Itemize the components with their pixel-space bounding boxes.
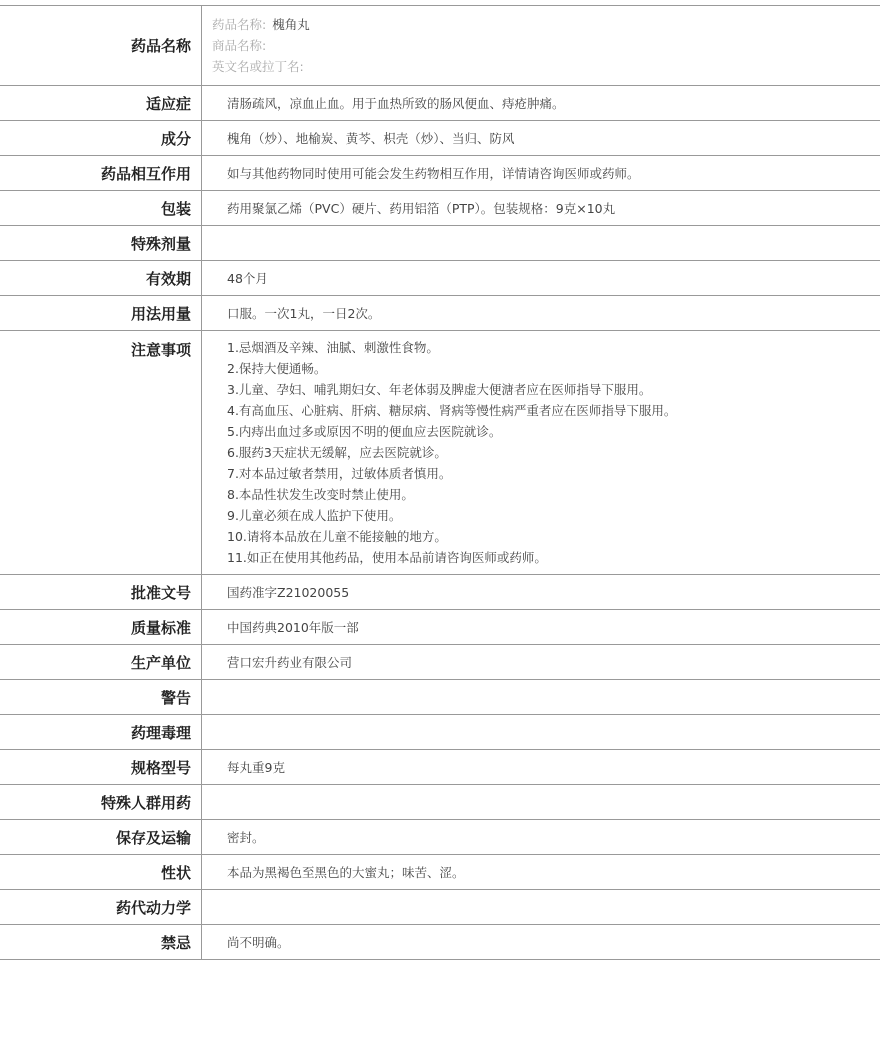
row-label: 用法用量	[0, 296, 202, 331]
row-value	[202, 785, 880, 820]
row-value: 槐角（炒）、地榆炭、黄芩、枳壳（炒）、当归、防风	[202, 121, 880, 156]
row-value: 中国药典2010年版一部	[202, 610, 880, 645]
table-row-notes: 注意事项 1.忌烟酒及辛辣、油腻、刺激性食物。 2.保持大便通畅。 3.儿童、孕…	[0, 331, 880, 575]
row-label: 药代动力学	[0, 890, 202, 925]
note-item: 4.有高血压、心脏病、肝病、糖尿病、肾病等慢性病严重者应在医师指导下服用。	[227, 400, 879, 421]
notes-list: 1.忌烟酒及辛辣、油腻、刺激性食物。 2.保持大便通畅。 3.儿童、孕妇、哺乳期…	[202, 331, 880, 575]
table-row: 药理毒理	[0, 715, 880, 750]
row-label: 批准文号	[0, 575, 202, 610]
table-row: 性状本品为黑褐色至黑色的大蜜丸；味苦、涩。	[0, 855, 880, 890]
row-value: 密封。	[202, 820, 880, 855]
table-row: 质量标准中国药典2010年版一部	[0, 610, 880, 645]
drug-name-value: 槐角丸	[272, 17, 310, 32]
table-row: 批准文号国药准字Z21020055	[0, 575, 880, 610]
trade-name-label: 商品名称:	[212, 35, 879, 56]
row-label: 警告	[0, 680, 202, 715]
table-row: 药品相互作用如与其他药物同时使用可能会发生药物相互作用，详情请咨询医师或药师。	[0, 156, 880, 191]
row-value: 48个月	[202, 261, 880, 296]
table-row: 生产单位营口宏升药业有限公司	[0, 645, 880, 680]
row-label: 药品名称	[0, 6, 202, 86]
row-label: 规格型号	[0, 750, 202, 785]
table-row: 保存及运输密封。	[0, 820, 880, 855]
note-item: 8.本品性状发生改变时禁止使用。	[227, 484, 879, 505]
row-label: 包装	[0, 191, 202, 226]
row-value: 本品为黑褐色至黑色的大蜜丸；味苦、涩。	[202, 855, 880, 890]
row-label: 药理毒理	[0, 715, 202, 750]
table-row: 有效期48个月	[0, 261, 880, 296]
note-item: 6.服药3天症状无缓解，应去医院就诊。	[227, 442, 879, 463]
table-row: 药代动力学	[0, 890, 880, 925]
drug-name-cell: 药品名称:槐角丸 商品名称: 英文名或拉丁名:	[202, 6, 880, 86]
row-label: 适应症	[0, 86, 202, 121]
drug-name-label: 药品名称:	[212, 17, 266, 32]
row-value: 营口宏升药业有限公司	[202, 645, 880, 680]
table-row: 用法用量口服。一次1丸，一日2次。	[0, 296, 880, 331]
row-label: 禁忌	[0, 925, 202, 960]
row-value: 如与其他药物同时使用可能会发生药物相互作用，详情请咨询医师或药师。	[202, 156, 880, 191]
row-label: 有效期	[0, 261, 202, 296]
row-label: 性状	[0, 855, 202, 890]
row-label: 药品相互作用	[0, 156, 202, 191]
note-item: 11.如正在使用其他药品，使用本品前请咨询医师或药师。	[227, 547, 879, 568]
row-value: 国药准字Z21020055	[202, 575, 880, 610]
row-label: 特殊人群用药	[0, 785, 202, 820]
row-label: 成分	[0, 121, 202, 156]
table-row: 特殊剂量	[0, 226, 880, 261]
table-row: 禁忌尚不明确。	[0, 925, 880, 960]
table-row: 适应症清肠疏风，凉血止血。用于血热所致的肠风便血、痔疮肿痛。	[0, 86, 880, 121]
row-label: 特殊剂量	[0, 226, 202, 261]
note-item: 2.保持大便通畅。	[227, 358, 879, 379]
note-item: 7.对本品过敏者禁用，过敏体质者慎用。	[227, 463, 879, 484]
row-value: 每丸重9克	[202, 750, 880, 785]
table-row: 特殊人群用药	[0, 785, 880, 820]
row-value	[202, 715, 880, 750]
table-row-drug-name: 药品名称 药品名称:槐角丸 商品名称: 英文名或拉丁名:	[0, 6, 880, 86]
english-name-label: 英文名或拉丁名:	[212, 56, 879, 77]
note-item: 3.儿童、孕妇、哺乳期妇女、年老体弱及脾虚大便溏者应在医师指导下服用。	[227, 379, 879, 400]
drug-info-table: 药品名称 药品名称:槐角丸 商品名称: 英文名或拉丁名: 适应症清肠疏风，凉血止…	[0, 5, 880, 960]
table-row: 规格型号每丸重9克	[0, 750, 880, 785]
note-item: 1.忌烟酒及辛辣、油腻、刺激性食物。	[227, 337, 879, 358]
table-row: 警告	[0, 680, 880, 715]
row-value	[202, 890, 880, 925]
note-item: 5.内痔出血过多或原因不明的便血应去医院就诊。	[227, 421, 879, 442]
row-value: 尚不明确。	[202, 925, 880, 960]
row-label: 生产单位	[0, 645, 202, 680]
row-value	[202, 226, 880, 261]
row-value: 清肠疏风，凉血止血。用于血热所致的肠风便血、痔疮肿痛。	[202, 86, 880, 121]
row-value	[202, 680, 880, 715]
row-label: 注意事项	[0, 331, 202, 575]
row-label: 保存及运输	[0, 820, 202, 855]
drug-info-page: 药品名称 药品名称:槐角丸 商品名称: 英文名或拉丁名: 适应症清肠疏风，凉血止…	[0, 0, 880, 960]
row-label: 质量标准	[0, 610, 202, 645]
row-value: 口服。一次1丸，一日2次。	[202, 296, 880, 331]
note-item: 9.儿童必须在成人监护下使用。	[227, 505, 879, 526]
table-row: 包装药用聚氯乙烯（PVC）硬片、药用铝箔（PTP）。包装规格：9克×10丸	[0, 191, 880, 226]
row-value: 药用聚氯乙烯（PVC）硬片、药用铝箔（PTP）。包装规格：9克×10丸	[202, 191, 880, 226]
table-row: 成分槐角（炒）、地榆炭、黄芩、枳壳（炒）、当归、防风	[0, 121, 880, 156]
note-item: 10.请将本品放在儿童不能接触的地方。	[227, 526, 879, 547]
